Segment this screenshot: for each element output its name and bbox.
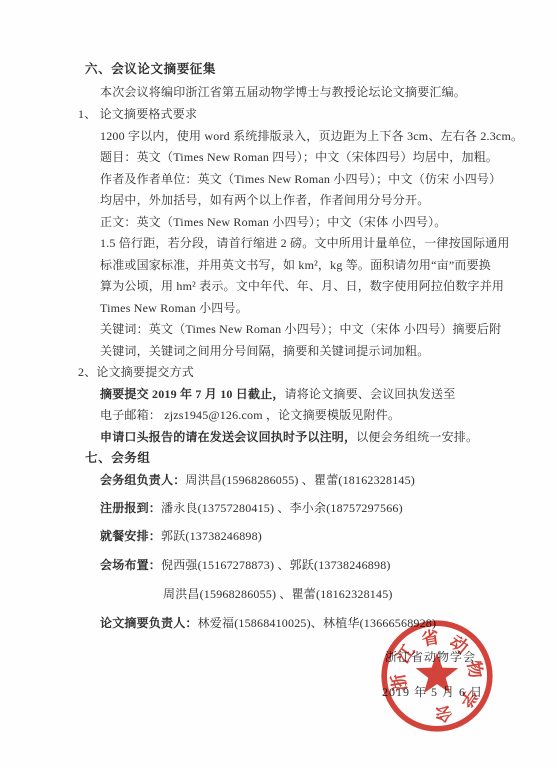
- submit-deadline-line: 摘要提交 2019 年 7 月 10 日截止，请将论文摘要、会议回执发送至: [100, 387, 455, 402]
- committee-row: 会务组负责人：周洪昌(15968286055) 、瞿蕾(18162328145): [100, 473, 415, 488]
- email-line: 电子邮箱： zjzs1945@126.com ，论文摘要模版见附件。: [100, 408, 400, 423]
- committee-value: 倪西强(15167278873) 、郭跃(13738246898): [161, 558, 391, 572]
- committee-label: 论文摘要负责人：: [100, 616, 198, 630]
- format-line: 关键词：英文（Times New Roman 小四号）；中文（宋体 小四号）摘要…: [100, 322, 501, 337]
- document-page: 六、会议论文摘要征集 本次会议将编印浙江省第五届动物学博士与教授论坛论文摘要汇编…: [0, 0, 557, 768]
- star-icon: [416, 653, 458, 693]
- submit-deadline-rest: 请将论文摘要、会议回执发送至: [285, 387, 456, 401]
- intro-paragraph: 本次会议将编印浙江省第五届动物学博士与教授论坛论文摘要汇编。: [100, 85, 466, 100]
- committee-value: 潘永良(13757280415) 、李小余(18757297566): [161, 501, 403, 515]
- oral-report-bold: 申请口头报告的请在发送会议回执时予以注明，: [100, 430, 356, 444]
- committee-value: 周洪昌(15968286055) 、瞿蕾(18162328145): [185, 473, 415, 487]
- committee-label: 会务组负责人：: [100, 473, 185, 487]
- item-1-heading: 1、 论文摘要格式要求: [78, 107, 197, 122]
- section-7-heading: 七、会务组: [85, 451, 151, 466]
- format-line: 标准或国家标准，并用英文书写，如 km²，kg 等。面积请勿用“亩”而要换: [100, 258, 491, 273]
- section-6-heading: 六、会议论文摘要征集: [85, 62, 216, 77]
- format-line: 关键词，关键词之间用分号间隔，摘要和关键词提示词加粗。: [100, 344, 429, 359]
- committee-value: 周洪昌(15968286055) 、瞿蕾(18162328145): [163, 587, 393, 601]
- format-line: 均居中，外加括号，如有两个以上作者，作者间用分号分开。: [100, 193, 429, 208]
- format-line: 正文：英文（Times New Roman 小四号）；中文（宋体 小四号）。: [100, 215, 447, 230]
- svg-text:会: 会: [433, 703, 454, 726]
- format-line: 算为公顷，用 hm² 表示。文中年代、年、月、日，数字使用阿拉伯数字并用: [100, 279, 504, 294]
- svg-text:省: 省: [420, 627, 441, 650]
- oral-report-line: 申请口头报告的请在发送会议回执时予以注明，以便会务组统一安排。: [100, 430, 478, 445]
- format-line: 作者及作者单位：英文（Times New Roman 小四号）；中文（仿宋 小四…: [100, 172, 501, 187]
- format-line: Times New Roman 小四号。: [100, 301, 248, 316]
- committee-label: 注册报到：: [100, 501, 161, 515]
- committee-row-continuation: 周洪昌(15968286055) 、瞿蕾(18162328145): [163, 587, 393, 602]
- committee-row: 会场布置：倪西强(15167278873) 、郭跃(13738246898): [100, 558, 391, 573]
- committee-value: 郭跃(13738246898): [161, 529, 262, 543]
- submit-deadline-bold: 摘要提交 2019 年 7 月 10 日截止，: [100, 387, 285, 401]
- format-line: 1200 字以内，使用 word 系统排版录入，页边距为上下各 3cm、左右各 …: [100, 129, 523, 144]
- oral-report-rest: 以便会务组统一安排。: [356, 430, 478, 444]
- committee-label: 就餐安排：: [100, 529, 161, 543]
- svg-text:物: 物: [464, 659, 487, 680]
- official-seal: 浙 江 省 动 物 学 会: [372, 611, 502, 741]
- svg-text:浙: 浙: [388, 672, 411, 693]
- committee-label: 会场布置：: [100, 558, 161, 572]
- format-line: 1.5 倍行距，若分段，请首行缩进 2 磅。文中所用计量单位，一律按国际通用: [100, 236, 510, 251]
- committee-row: 注册报到：潘永良(13757280415) 、李小余(18757297566): [100, 501, 403, 516]
- format-line: 题目：英文（Times New Roman 四号）；中文（宋体四号）均居中，加粗…: [100, 150, 498, 165]
- committee-row: 就餐安排：郭跃(13738246898): [100, 529, 262, 544]
- item-2-heading: 2、论文摘要提交方式: [78, 365, 194, 380]
